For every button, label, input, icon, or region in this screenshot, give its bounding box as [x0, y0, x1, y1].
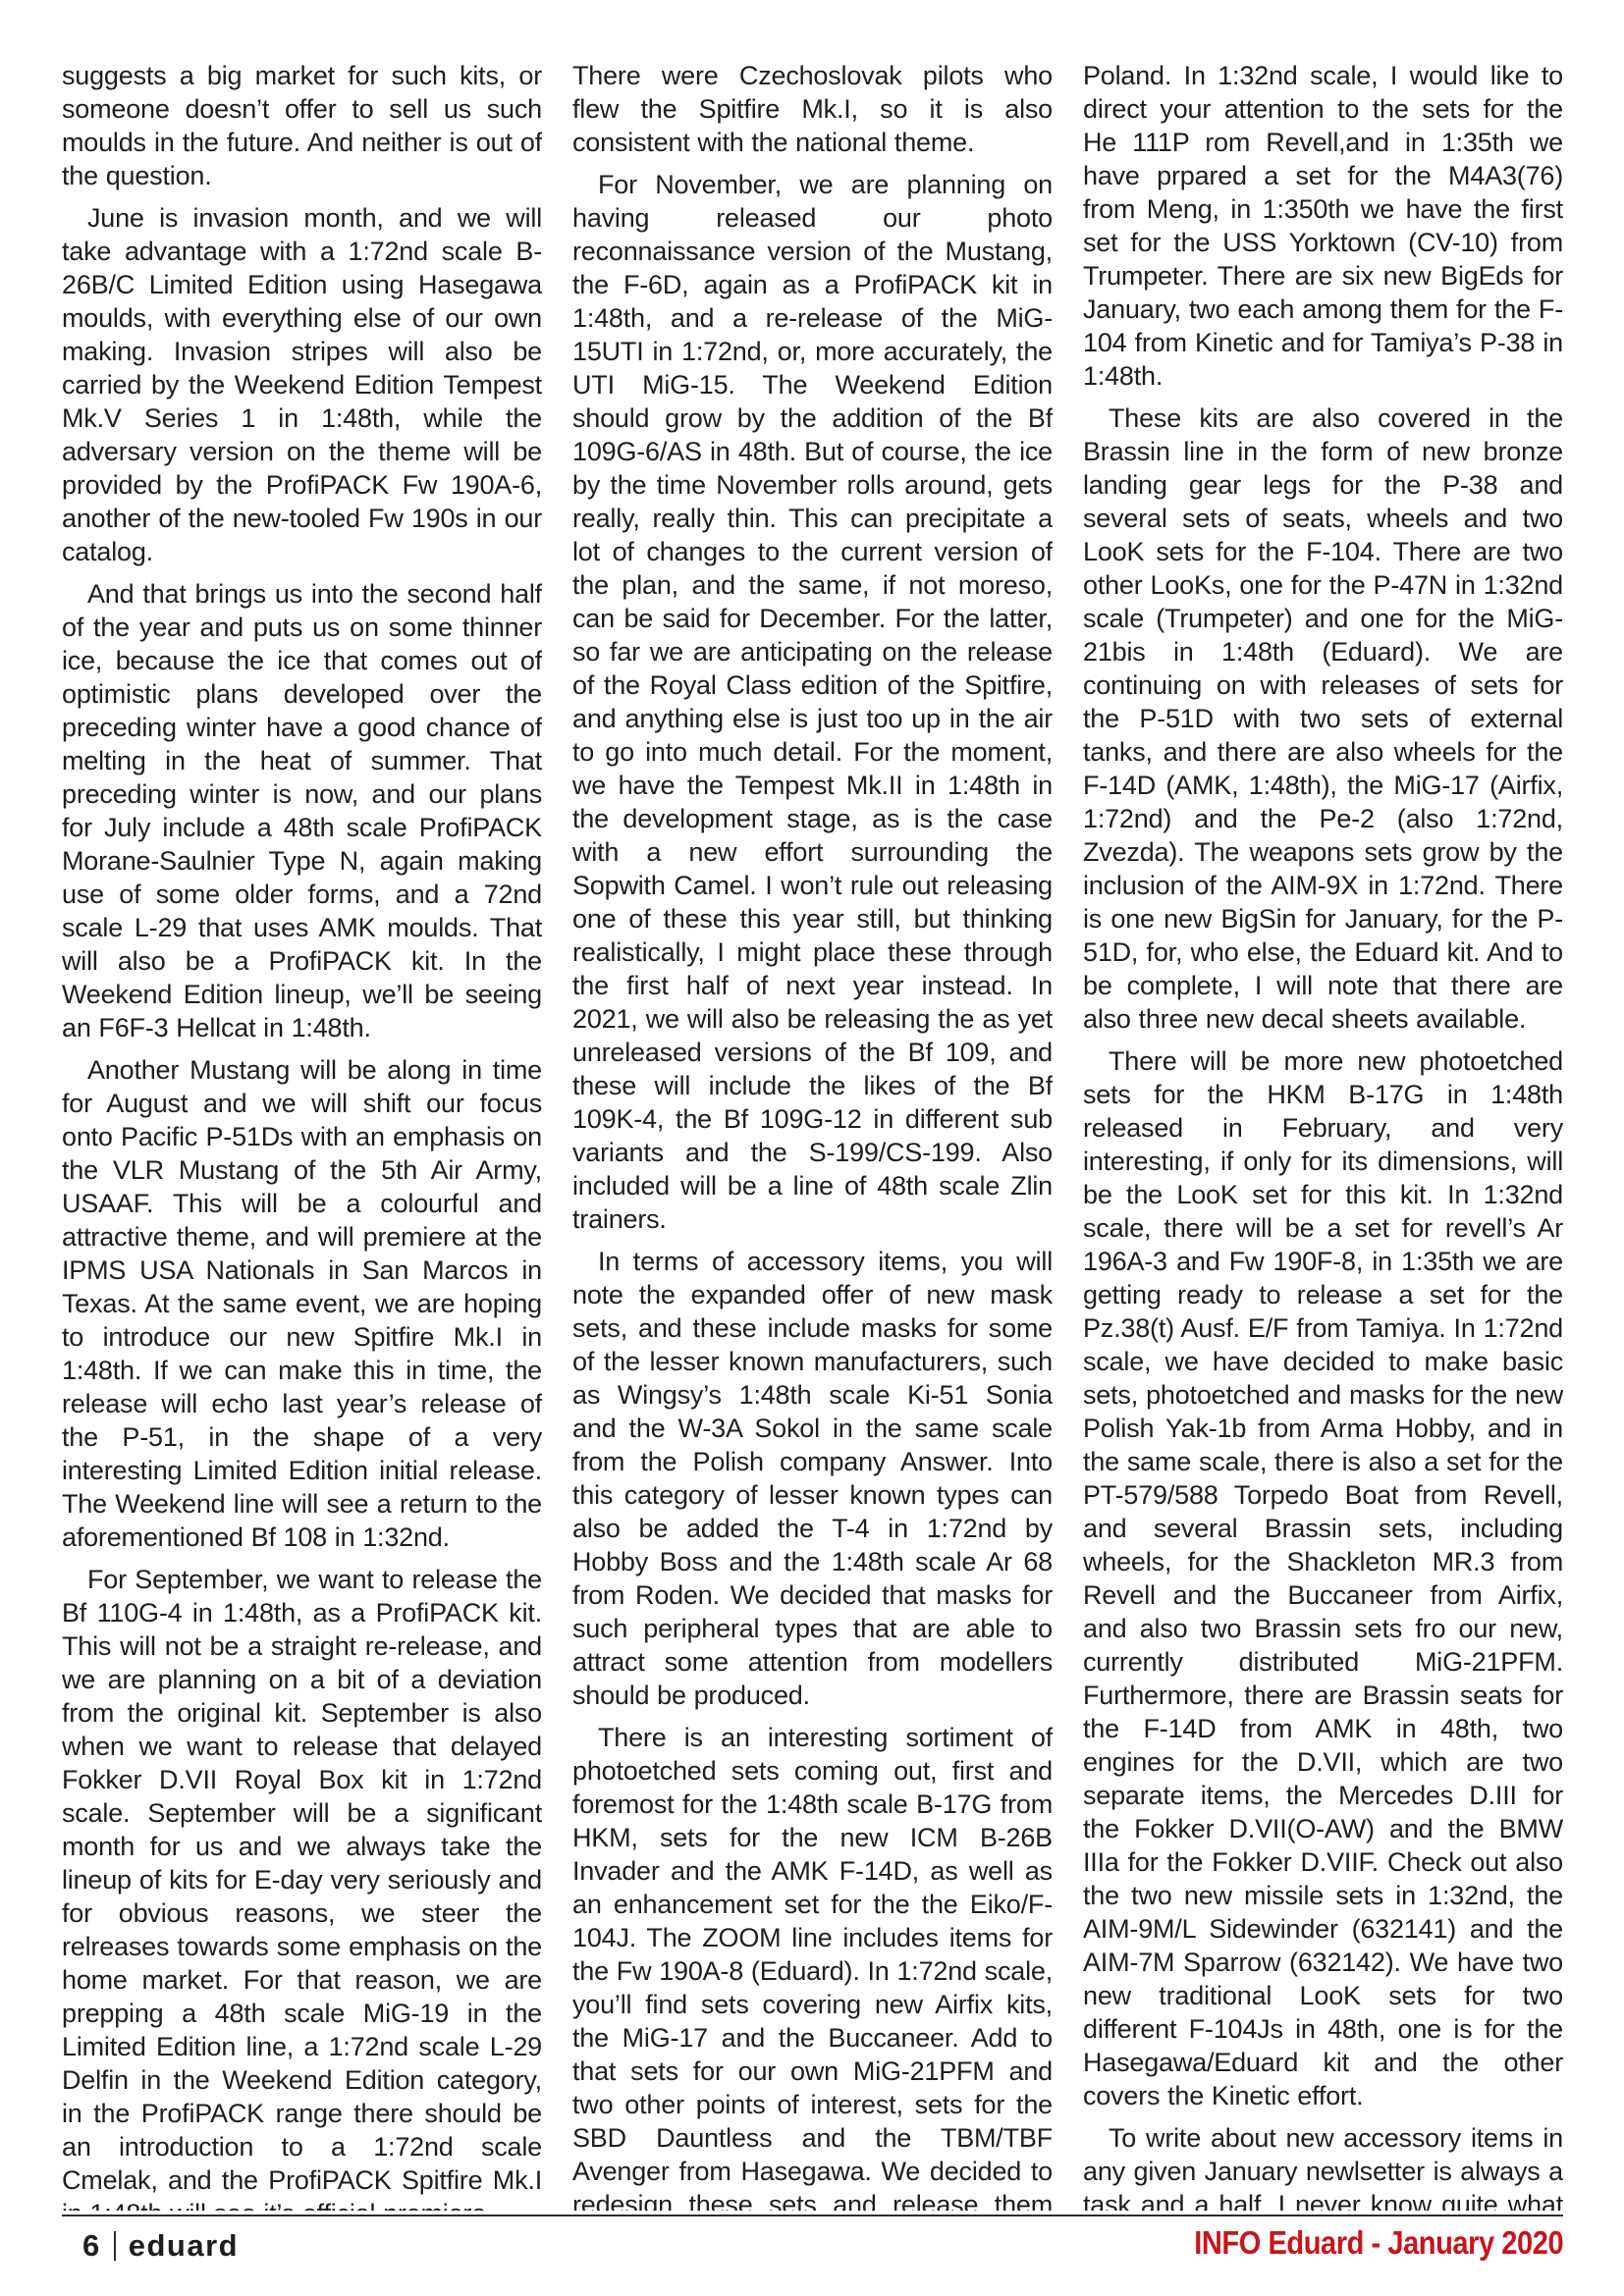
paragraph: suggests a big market for such kits, or …	[62, 59, 542, 192]
paragraph: June is invasion month, and we will take…	[62, 201, 542, 568]
text-column-3: Poland. In 1:32nd scale, I would like to…	[1083, 59, 1563, 2211]
paragraph: There were Czechoslovak pilots who flew …	[572, 59, 1053, 159]
paragraph: For November, we are planning on having …	[572, 168, 1053, 1236]
footer-divider	[62, 2215, 1563, 2216]
paragraph: There will be more new photoetched sets …	[1083, 1044, 1563, 2112]
text-column-2: There were Czechoslovak pilots who flew …	[572, 59, 1053, 2211]
text-column-1: suggests a big market for such kits, or …	[62, 59, 542, 2211]
brand-wordmark: eduard	[129, 2228, 239, 2264]
page-number: 6	[82, 2228, 100, 2264]
footer-separator-bar	[114, 2231, 116, 2261]
paragraph: To write about new accessory items in an…	[1083, 2121, 1563, 2211]
footer-left: 6 eduard	[82, 2226, 239, 2266]
paragraph: For September, we want to release the Bf…	[62, 1563, 542, 2211]
paragraph: Another Mustang will be along in time fo…	[62, 1053, 542, 1554]
paragraph: There is an interesting sortiment of pho…	[572, 1721, 1053, 2211]
paragraph: And that brings us into the second half …	[62, 577, 542, 1044]
paragraph: In terms of accessory items, you will no…	[572, 1245, 1053, 1712]
paragraph: Poland. In 1:32nd scale, I would like to…	[1083, 59, 1563, 393]
paragraph: These kits are also covered in the Brass…	[1083, 401, 1563, 1036]
page: suggests a big market for such kits, or …	[0, 0, 1624, 2296]
footer-issue-label: INFO Eduard - January 2020	[1194, 2224, 1563, 2262]
